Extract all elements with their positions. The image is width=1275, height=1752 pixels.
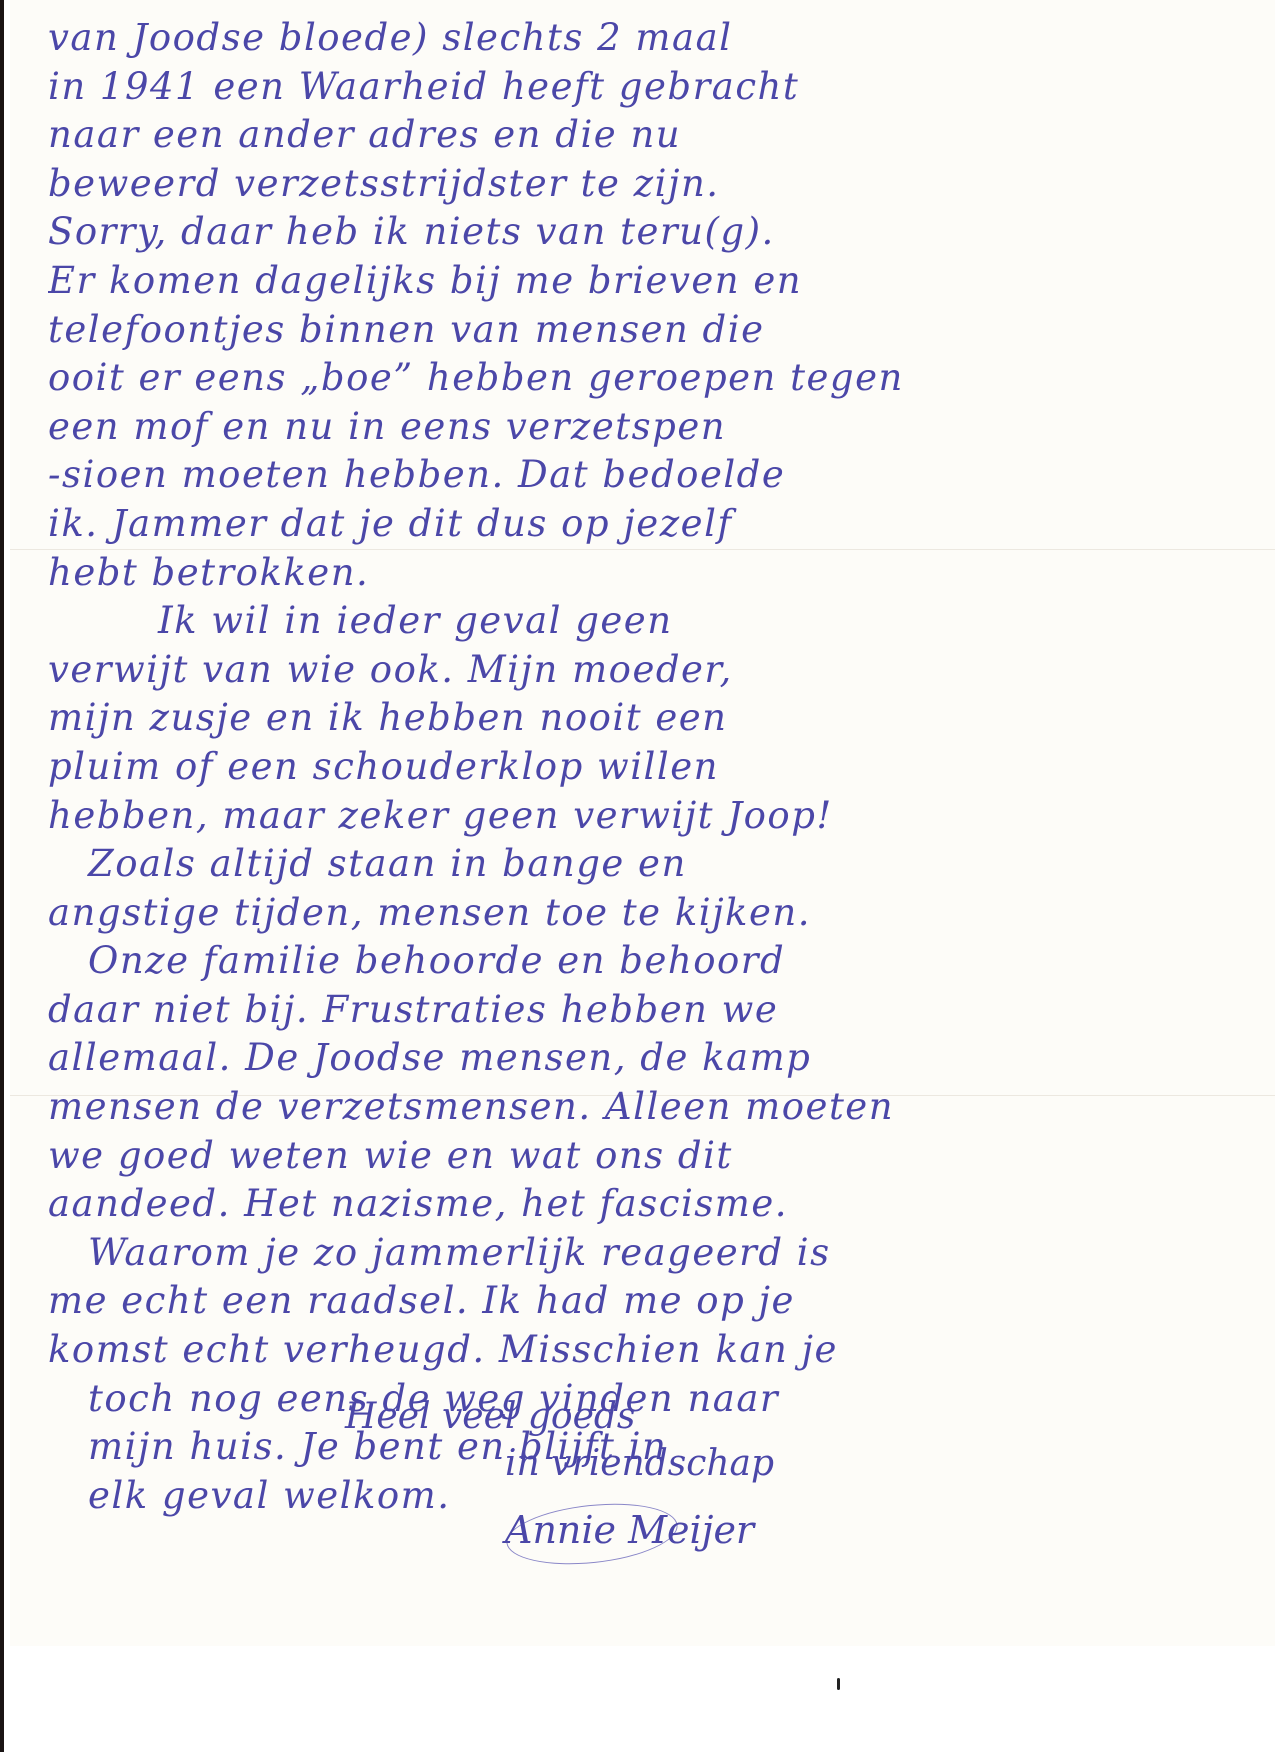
- letter-line: allemaal. De Joodse mensen, de kamp: [48, 1034, 1098, 1083]
- letter-line: beweerd verzetsstrijdster te zijn.: [48, 160, 1098, 209]
- signature: Annie Meijer: [505, 1508, 754, 1552]
- letter-line: me echt een raadsel. Ik had me op je: [48, 1277, 1098, 1326]
- letter-line: daar niet bij. Frustraties hebben we: [48, 986, 1098, 1035]
- letter-line: we goed weten wie en wat ons dit: [48, 1132, 1098, 1181]
- letter-line: mijn zusje en ik hebben nooit een: [48, 694, 1098, 743]
- letter-line: komst echt verheugd. Misschien kan je: [48, 1326, 1098, 1375]
- letter-line: aandeed. Het nazisme, het fascisme.: [48, 1180, 1098, 1229]
- letter-line: telefoontjes binnen van mensen die: [48, 306, 1098, 355]
- letter-line: -sioen moeten hebben. Dat bedoelde: [48, 451, 1098, 500]
- letter-line: ooit er eens „boe” hebben geroepen tegen: [48, 354, 1098, 403]
- letter-line: Sorry, daar heb ik niets van teru(g).: [48, 208, 1098, 257]
- letter-line: naar een ander adres en die nu: [48, 111, 1098, 160]
- letter-line: verwijt van wie ook. Mijn moeder,: [48, 646, 1098, 695]
- letter-line: hebt betrokken.: [48, 549, 1098, 598]
- letter-line: in 1941 een Waarheid heeft gebracht: [48, 63, 1098, 112]
- letter-line: een mof en nu in eens verzetspen: [48, 403, 1098, 452]
- letter-line: ik. Jammer dat je dit dus op jezelf: [48, 500, 1098, 549]
- ink-speck: [837, 1678, 840, 1690]
- letter-line: van Joodse bloede) slechts 2 maal: [48, 14, 1098, 63]
- closing-greeting: Heel veel goeds: [345, 1396, 635, 1437]
- letter-line: Zoals altijd staan in bange en: [48, 840, 1098, 889]
- letter-line: pluim of een schouderklop willen: [48, 743, 1098, 792]
- letter-line: angstige tijden, mensen toe te kijken.: [48, 889, 1098, 938]
- letter-line: hebben, maar zeker geen verwijt Joop!: [48, 792, 1098, 841]
- letter-line: mensen de verzetsmensen. Alleen moeten: [48, 1083, 1098, 1132]
- letter-line: Onze familie behoorde en behoord: [48, 937, 1098, 986]
- closing-friendship: in vriendschap: [505, 1443, 774, 1484]
- scan-edge: [0, 0, 4, 1752]
- letter-line: Waarom je zo jammerlijk reageerd is: [48, 1229, 1098, 1278]
- letter-line: Ik wil in ieder geval geen: [48, 597, 1098, 646]
- letter-line: Er komen dagelijks bij me brieven en: [48, 257, 1098, 306]
- letter-body: van Joodse bloede) slechts 2 maal in 194…: [48, 14, 1098, 1520]
